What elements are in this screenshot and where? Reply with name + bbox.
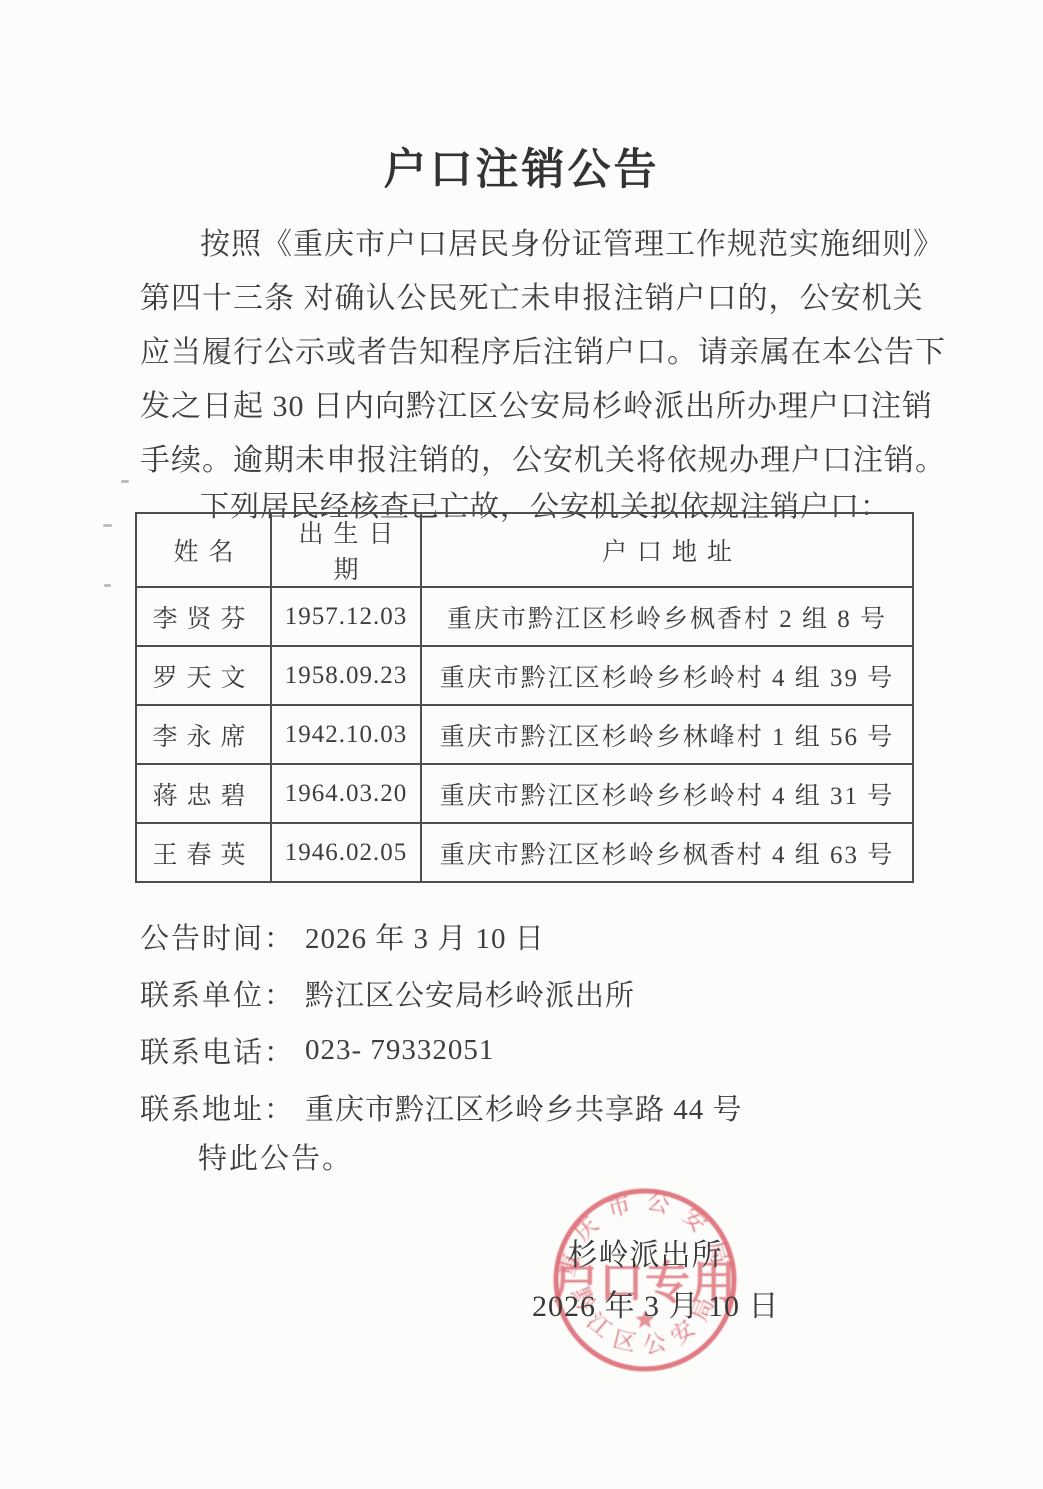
table-row: 罗天文1958.09.23重庆市黔江区杉岭乡杉岭村 4 组 39 号: [136, 646, 913, 705]
table-row: 李永席1942.10.03重庆市黔江区杉岭乡林峰村 1 组 56 号: [136, 705, 913, 764]
cell-addr: 重庆市黔江区杉岭乡杉岭村 4 组 39 号: [421, 646, 913, 705]
official-seal: 重庆市公安局 黔江区公安局 户口专用 杉岭派出所 2026 年 3 月 10 日: [505, 1140, 785, 1420]
scan-artifact: [104, 584, 111, 587]
scan-artifact: [103, 524, 112, 527]
contact-label: 联系电话：: [140, 1030, 305, 1071]
body-paragraph: 按照《重庆市户口居民身份证管理工作规范实施细则》第四十三条 对确认公民死亡未申报…: [140, 218, 906, 488]
cell-date: 1957.12.03: [271, 587, 421, 646]
cell-addr: 重庆市黔江区杉岭乡枫香村 4 组 63 号: [421, 823, 913, 882]
cell-addr: 重庆市黔江区杉岭乡杉岭村 4 组 31 号: [421, 764, 913, 823]
contact-row: 联系单位：黔江区公安局杉岭派出所: [140, 965, 920, 1022]
contact-label: 联系单位：: [140, 973, 305, 1014]
cell-date: 1946.02.05: [271, 823, 421, 882]
paragraph-line: 发之日起 30 日内向黔江区公安局杉岭派出所办理户口注销: [140, 380, 906, 434]
closing-line: 特此公告。: [198, 1136, 353, 1177]
contact-row: 联系电话：023- 79332051: [140, 1022, 920, 1079]
paragraph-line: 按照《重庆市户口居民身份证管理工作规范实施细则》: [140, 218, 906, 272]
cell-date: 1958.09.23: [271, 646, 421, 705]
contact-value: 023- 79332051: [305, 1034, 494, 1067]
paragraph-line: 应当履行公示或者告知程序后注销户口。请亲属在本公告下: [140, 326, 906, 380]
contact-row: 联系地址：重庆市黔江区杉岭乡共享路 44 号: [140, 1079, 920, 1136]
page-title: 户口注销公告: [0, 136, 1043, 197]
contact-value: 重庆市黔江区杉岭乡共享路 44 号: [305, 1087, 743, 1128]
residents-table: 姓名出生日期户口地址 李贤芬1957.12.03重庆市黔江区杉岭乡枫香村 2 组…: [135, 512, 914, 883]
contact-label: 联系地址：: [140, 1087, 305, 1128]
cell-name: 李贤芬: [136, 587, 271, 646]
seal-office-name: 杉岭派出所: [505, 1230, 785, 1274]
cell-name: 罗天文: [136, 646, 271, 705]
table-row: 王春英1946.02.05重庆市黔江区杉岭乡枫香村 4 组 63 号: [136, 823, 913, 882]
contact-label: 公告时间：: [140, 916, 305, 957]
table-header-cell: 姓名: [136, 513, 271, 587]
contact-section: 公告时间：2026 年 3 月 10 日联系单位：黔江区公安局杉岭派出所联系电话…: [140, 908, 920, 1136]
cell-date: 1964.03.20: [271, 764, 421, 823]
table-row: 李贤芬1957.12.03重庆市黔江区杉岭乡枫香村 2 组 8 号: [136, 587, 913, 646]
cell-addr: 重庆市黔江区杉岭乡林峰村 1 组 56 号: [421, 705, 913, 764]
document-page: 户口注销公告 按照《重庆市户口居民身份证管理工作规范实施细则》第四十三条 对确认…: [0, 0, 1043, 1489]
table-row: 蒋忠碧1964.03.20重庆市黔江区杉岭乡杉岭村 4 组 31 号: [136, 764, 913, 823]
cell-addr: 重庆市黔江区杉岭乡枫香村 2 组 8 号: [421, 587, 913, 646]
seal-graphic: 重庆市公安局 黔江区公安局 户口专用: [505, 1140, 785, 1420]
cell-date: 1942.10.03: [271, 705, 421, 764]
contact-row: 公告时间：2026 年 3 月 10 日: [140, 908, 920, 965]
seal-date: 2026 年 3 月 10 日: [532, 1281, 780, 1325]
table-header-cell: 户口地址: [421, 513, 913, 587]
contact-value: 2026 年 3 月 10 日: [305, 916, 545, 957]
table-header-cell: 出生日期: [271, 513, 421, 587]
contact-value: 黔江区公安局杉岭派出所: [305, 973, 635, 1014]
scan-artifact: [121, 480, 129, 483]
paragraph-line: 手续。逾期未申报注销的，公安机关将依规办理户口注销。: [140, 434, 906, 488]
table-header-row: 姓名出生日期户口地址: [136, 513, 913, 587]
cell-name: 李永席: [136, 705, 271, 764]
paragraph-line: 第四十三条 对确认公民死亡未申报注销户口的，公安机关: [140, 272, 906, 326]
cell-name: 王春英: [136, 823, 271, 882]
cell-name: 蒋忠碧: [136, 764, 271, 823]
